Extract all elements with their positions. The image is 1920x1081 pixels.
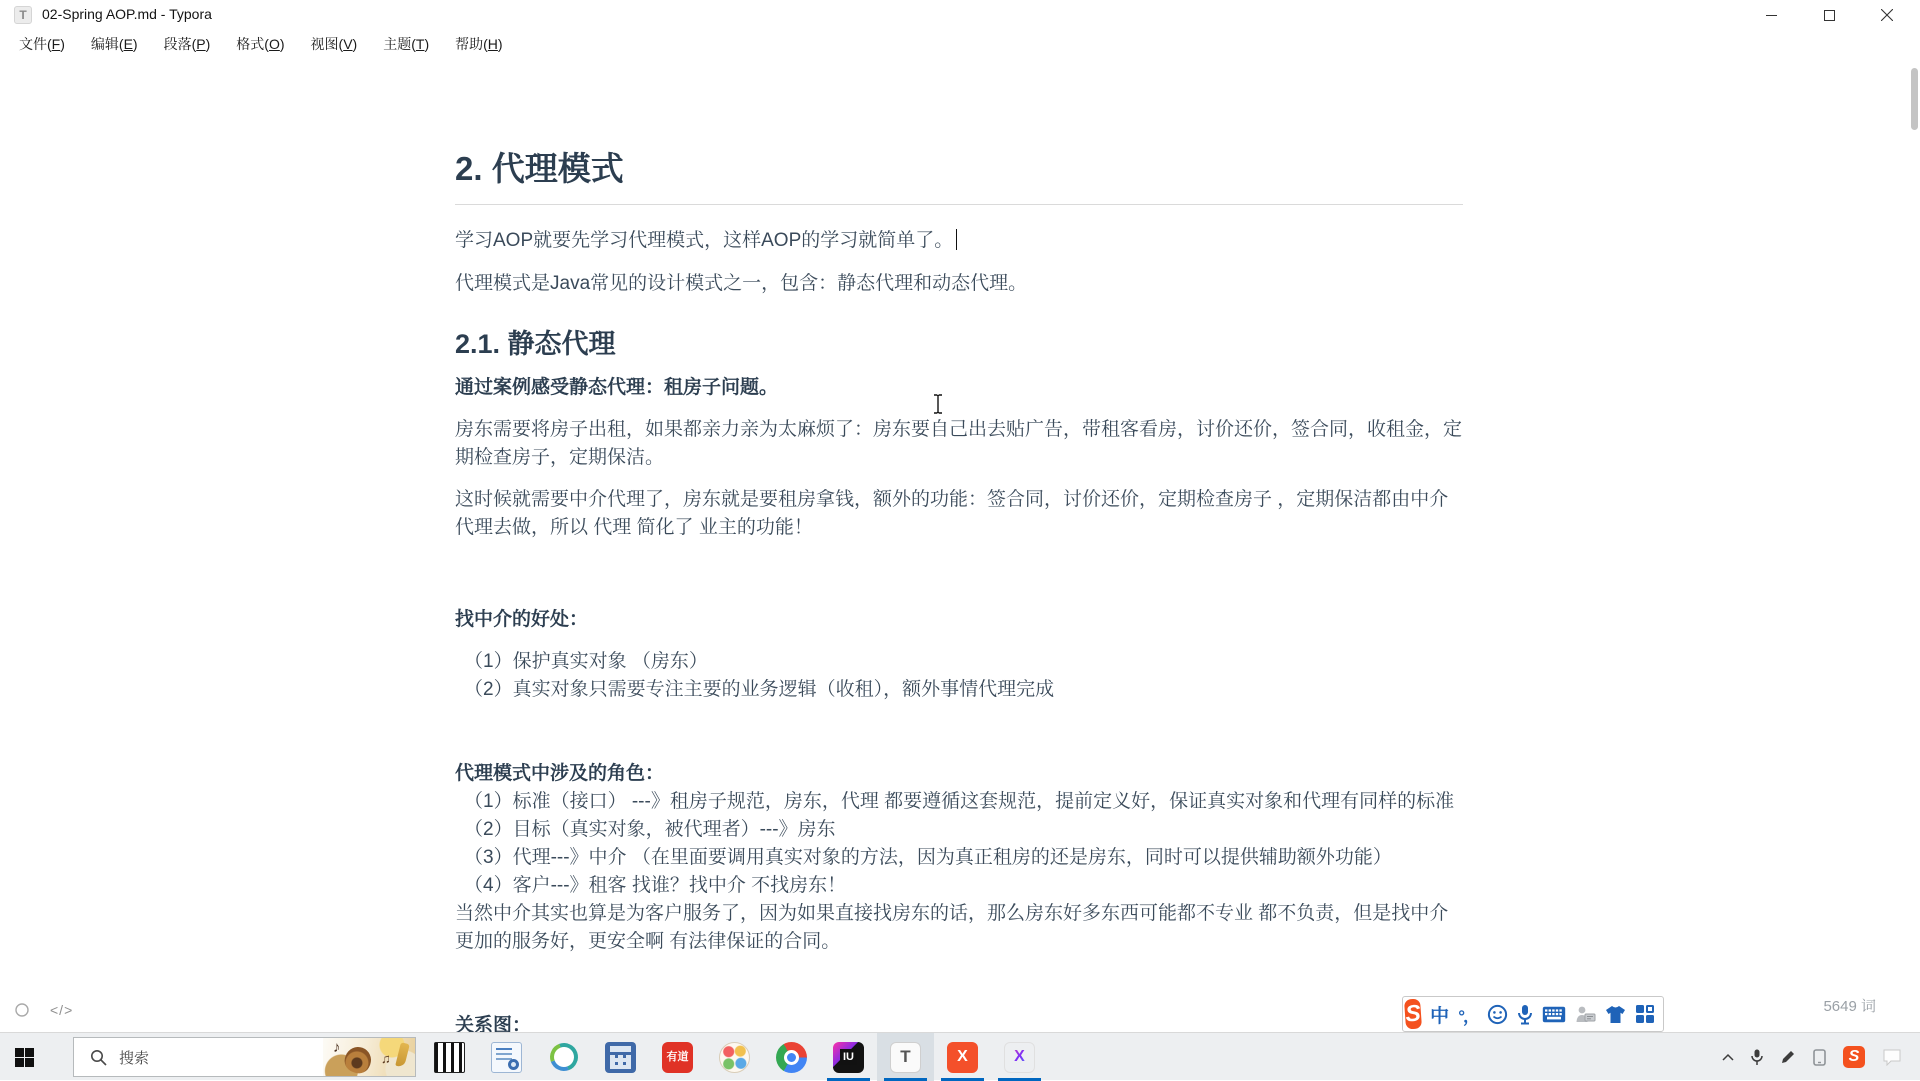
text-caret [956, 229, 957, 250]
voice-input-icon[interactable] [1517, 1004, 1533, 1025]
window-title: 02-Spring AOP.md - Typora [42, 6, 212, 22]
close-button[interactable] [1858, 0, 1916, 30]
saxophone-art [395, 1042, 410, 1067]
xmind-icon: X [947, 1042, 978, 1073]
taskbar-app-typora[interactable]: T [877, 1033, 934, 1080]
taskbar-app-xmind[interactable]: X [934, 1033, 991, 1080]
bold-diagram-title[interactable]: 关系图： [455, 1015, 531, 1032]
sogou-ime-toolbar: S 中 °， [1402, 996, 1664, 1032]
menu-file[interactable]: 文件(F) [6, 34, 78, 54]
soft-keyboard-icon[interactable] [1542, 1006, 1566, 1023]
tray-chevron-up[interactable] [1722, 1053, 1734, 1061]
intellij-idea-icon: IU [833, 1042, 864, 1073]
emoji-icon[interactable] [1487, 1004, 1508, 1025]
tray-pen-icon[interactable] [1780, 1049, 1796, 1065]
taskbar-app-lines[interactable] [421, 1033, 478, 1080]
chinese-mode-icon[interactable]: 中 [1430, 1001, 1449, 1028]
source-code-mode-icon[interactable]: </> [50, 1002, 73, 1018]
orbit-swirl-icon [545, 1038, 582, 1075]
typora-app-icon: T [14, 6, 32, 24]
menu-view[interactable]: 视图(V) [298, 34, 371, 54]
text-layout-app-icon [434, 1042, 465, 1073]
taskbar-app-youdao[interactable]: 有道 [649, 1033, 706, 1080]
sogou-logo-icon[interactable]: S [1404, 998, 1422, 1029]
paint-palette-icon [719, 1042, 750, 1073]
toolbox-grid-icon[interactable] [1635, 1004, 1655, 1024]
taskbar-app-logviewer[interactable] [478, 1033, 535, 1080]
system-tray: S [1722, 1033, 1902, 1080]
menu-edit[interactable]: 编辑(E) [78, 34, 151, 54]
pinned-apps: 有道 IU T X X [421, 1033, 1048, 1080]
paragraph-intro[interactable]: 学习AOP就要先学习代理模式，这样AOP的学习就简单了。 [455, 227, 1463, 255]
mouse-ibeam-cursor [932, 394, 944, 414]
bold-case-intro[interactable]: 通过案例感受静态代理：租房子问题。 [455, 377, 778, 398]
search-icon [90, 1049, 107, 1066]
benefits-list: （1）保护真实对象 （房东） （2）真实对象只需要专注主要的业务逻辑（收租），额… [455, 648, 1463, 704]
menu-theme[interactable]: 主题(T) [370, 34, 442, 54]
role-item-2[interactable]: （2）目标（真实对象，被代理者）---》房东 [455, 816, 1463, 844]
skin-tshirt-icon[interactable] [1605, 1005, 1626, 1024]
heading-proxy-pattern[interactable]: 2. 代理模式 [455, 148, 1463, 205]
taskbar-app-paint[interactable] [706, 1033, 763, 1080]
minimize-button[interactable] [1742, 0, 1800, 30]
bold-benefits-title[interactable]: 找中介的好处： [455, 609, 588, 630]
word-count: 5649 词 [1823, 995, 1876, 1016]
windows-logo-icon [15, 1048, 34, 1067]
benefit-item-1[interactable]: （1）保护真实对象 （房东） [455, 648, 1463, 676]
role-item-3[interactable]: （3）代理---》中介 （在里面要调用真实对象的方法，因为真正租房的还是房东，同… [455, 844, 1463, 872]
notepad-search-icon [491, 1042, 522, 1073]
tray-sogou-icon[interactable]: S [1843, 1046, 1865, 1068]
youdao-dict-icon: 有道 [662, 1042, 693, 1073]
menu-paragraph[interactable]: 段落(P) [151, 34, 224, 54]
guitar-art [341, 1043, 374, 1076]
taskbar-app-calculator[interactable] [592, 1033, 649, 1080]
search-placeholder: 搜索 [119, 1047, 323, 1068]
taskbar-search-box[interactable]: 搜索 ♪ ♫ [73, 1037, 416, 1077]
taskbar-app-swirl[interactable] [535, 1033, 592, 1080]
benefit-item-2[interactable]: （2）真实对象只需要专注主要的业务逻辑（收租），额外事情代理完成 [455, 676, 1463, 704]
windows-taskbar: 搜索 ♪ ♫ 有道 IU T X X S [0, 1032, 1920, 1080]
role-item-4[interactable]: （4）客户---》租客 找谁？找中介 不找房东！ [455, 872, 1463, 900]
paragraph-agent[interactable]: 这时候就需要中介代理了，房东就是要租房拿钱，额外的功能：签合同，讨价还价，定期检… [455, 486, 1463, 542]
music-note-icon: ♪ [333, 1039, 341, 1056]
menu-format[interactable]: 格式(O) [223, 34, 297, 54]
calculator-icon [605, 1042, 636, 1073]
paragraph-definition[interactable]: 代理模式是Java常见的设计模式之一，包含：静态代理和动态代理。 [455, 270, 1463, 298]
bold-roles-title[interactable]: 代理模式中涉及的角色： [455, 763, 664, 784]
paragraph-landlord[interactable]: 房东需要将房子出租，如果都亲力亲为太麻烦了：房东要自己出去贴广告，带租客看房，讨… [455, 416, 1463, 472]
chrome-icon [776, 1042, 807, 1073]
menu-bar: 文件(F) 编辑(E) 段落(P) 格式(O) 视图(V) 主题(T) 帮助(H… [0, 30, 1920, 58]
start-button[interactable] [0, 1033, 48, 1080]
heading-static-proxy[interactable]: 2.1. 静态代理 [455, 326, 1463, 362]
tray-chat-bubble-icon[interactable] [1882, 1048, 1902, 1066]
markdown-content: 2. 代理模式 学习AOP就要先学习代理模式，这样AOP的学习就简单了。 代理模… [455, 58, 1463, 1032]
search-decorative-art: ♪ ♫ [323, 1037, 415, 1077]
tray-device-icon[interactable] [1813, 1049, 1826, 1066]
typora-footer-left: </> [14, 1002, 73, 1018]
xmind-zen-icon: X [1004, 1042, 1035, 1073]
title-bar: T 02-Spring AOP.md - Typora [0, 0, 1920, 30]
vertical-scrollbar-thumb[interactable] [1911, 68, 1918, 130]
role-item-1[interactable]: （1）标准（接口） ---》租房子规范，房东，代理 都要遵循这套规范，提前定义好… [455, 788, 1463, 816]
music-note-icon: ♫ [381, 1051, 391, 1066]
taskbar-app-intellij[interactable]: IU [820, 1033, 877, 1080]
punctuation-mode-icon[interactable]: °， [1458, 1002, 1478, 1027]
typora-icon: T [890, 1042, 921, 1073]
maximize-button[interactable] [1800, 0, 1858, 30]
taskbar-app-xmind-zen[interactable]: X [991, 1033, 1048, 1080]
menu-help[interactable]: 帮助(H) [442, 34, 515, 54]
roles-block: 代理模式中涉及的角色： （1）标准（接口） ---》租房子规范，房东，代理 都要… [455, 760, 1463, 956]
person-card-icon[interactable] [1575, 1005, 1596, 1024]
paragraph-client-service[interactable]: 当然中介其实也算是为客户服务了，因为如果直接找房东的话，那么房东好多东西可能都不… [455, 900, 1463, 956]
taskbar-app-chrome[interactable] [763, 1033, 820, 1080]
outline-circle-icon[interactable] [14, 1002, 30, 1018]
editor-area[interactable]: 2. 代理模式 学习AOP就要先学习代理模式，这样AOP的学习就简单了。 代理模… [0, 58, 1920, 1032]
tray-microphone-icon[interactable] [1751, 1049, 1763, 1066]
